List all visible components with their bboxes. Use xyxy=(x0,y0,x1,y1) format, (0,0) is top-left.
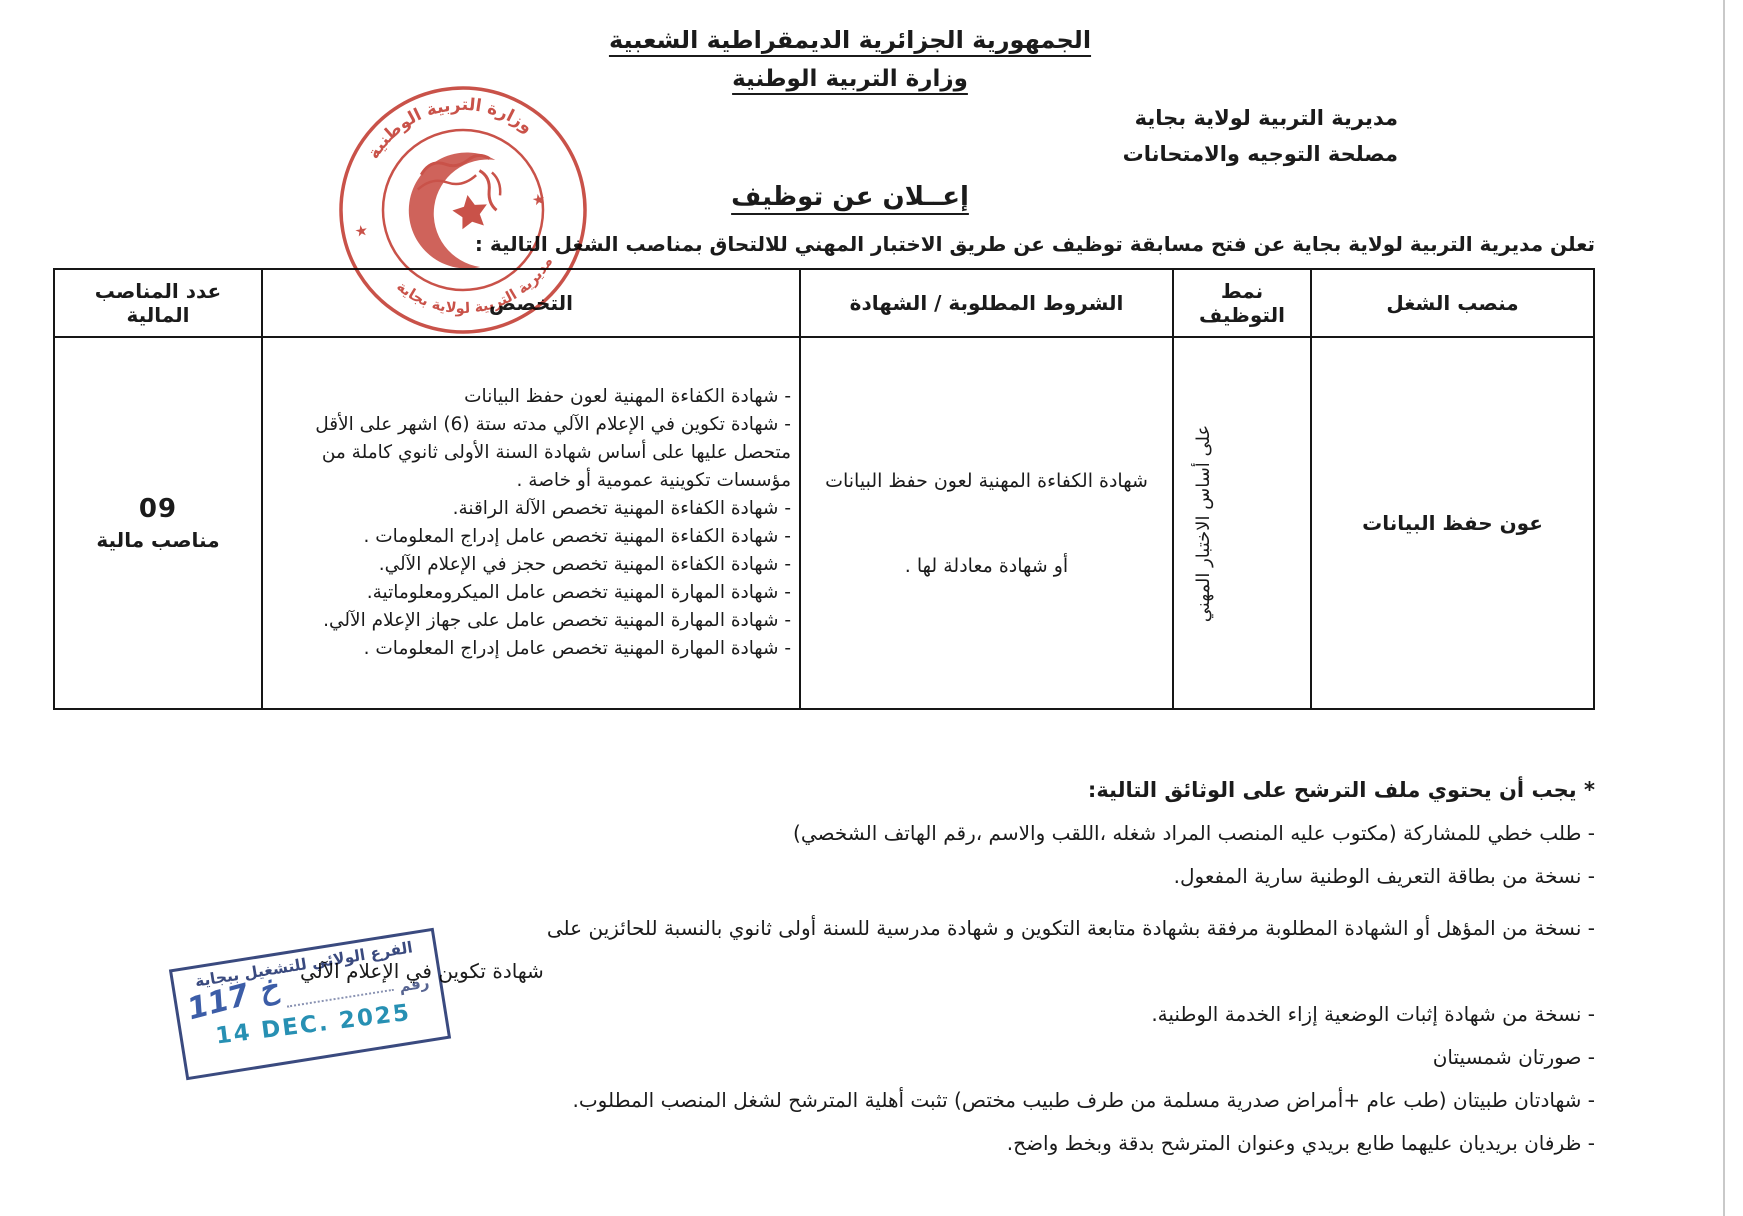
spec-item: - شهادة الكفاءة المهنية تخصص الآلة الراق… xyxy=(271,495,791,523)
svg-text:★: ★ xyxy=(353,221,369,241)
spec-item: - شهادة الكفاءة المهنية تخصص حجز في الإع… xyxy=(271,551,791,579)
scan-edge-artifact xyxy=(1723,0,1725,1216)
scanned-document-page: الجمهورية الجزائرية الديمقراطية الشعبية … xyxy=(0,0,1743,1216)
service-line: مصلحة التوجيه والامتحانات xyxy=(1123,136,1398,172)
positions-count: 09 xyxy=(63,494,253,524)
condition-alt: أو شهادة معادلة لها . xyxy=(809,551,1164,581)
document-item-continuation: شهادة تكوين في الإعلام الآلي xyxy=(300,956,1595,986)
spec-item: - شهادة المهارة المهنية تخصص عامل الميكر… xyxy=(271,579,791,607)
document-item: - طلب خطي للمشاركة (مكتوب عليه المنصب ال… xyxy=(300,818,1595,848)
header-mode: نمط التوظيف xyxy=(1173,269,1311,337)
cell-mode: على أساس الاختبار المهني xyxy=(1173,337,1311,709)
spec-item: - شهادة الكفاءة المهنية تخصص عامل إدراج … xyxy=(271,523,791,551)
positions-count-label: مناصب مالية xyxy=(63,528,253,552)
recruitment-mode-vertical-text: على أساس الاختبار المهني xyxy=(1193,424,1214,621)
office-stamp-number-label: رقم xyxy=(398,973,431,996)
spec-item: - شهادة المهارة المهنية تخصص عامل إدراج … xyxy=(271,635,791,663)
directorate-line: مديرية التربية لولاية بجاية xyxy=(1123,100,1398,136)
spec-item: - شهادة تكوين في الإعلام الآلي مدته ستة … xyxy=(271,411,791,495)
document-item: - نسخة من بطاقة التعريف الوطنية سارية ال… xyxy=(300,861,1595,891)
documents-heading: * يجب أن يحتوي ملف الترشح على الوثائق ال… xyxy=(300,778,1595,802)
star-icon xyxy=(450,192,490,230)
cell-count: 09 مناصب مالية xyxy=(54,337,262,709)
round-ministry-stamp-icon: وزارة التربية الوطنية مديرية التربية لول… xyxy=(318,78,608,348)
svg-text:مديرية التربية لولاية بجاية: مديرية التربية لولاية بجاية xyxy=(391,252,563,330)
stamp-top-arc-text: وزارة التربية الوطنية xyxy=(357,81,539,165)
spec-item: - شهادة المهارة المهنية تخصص عامل على جه… xyxy=(271,607,791,635)
document-header-right: مديرية التربية لولاية بجاية مصلحة التوجي… xyxy=(1123,100,1398,172)
svg-text:وزارة التربية الوطنية: وزارة التربية الوطنية xyxy=(357,81,539,165)
table-header-row: منصب الشغل نمط التوظيف الشروط المطلوبة /… xyxy=(54,269,1594,337)
document-item: - صورتان شمسيتان xyxy=(300,1042,1595,1072)
header-count: عدد المناصب المالية xyxy=(54,269,262,337)
condition-main: شهادة الكفاءة المهنية لعون حفظ البيانات xyxy=(809,466,1164,496)
republic-title: الجمهورية الجزائرية الديمقراطية الشعبية xyxy=(430,26,1270,54)
cell-specializations: - شهادة الكفاءة المهنية لعون حفظ البيانا… xyxy=(262,337,800,709)
header-post: منصب الشغل xyxy=(1311,269,1594,337)
document-item: - ظرفان بريديان عليهما طابع بريدي وعنوان… xyxy=(300,1128,1595,1158)
document-item: - نسخة من المؤهل أو الشهادة المطلوبة مرف… xyxy=(300,913,1595,943)
document-item: - شهادتان طبيتان (طب عام +أمراض صدرية مس… xyxy=(300,1085,1595,1115)
table-row: عون حفظ البيانات على أساس الاختبار المهن… xyxy=(54,337,1594,709)
cell-post: عون حفظ البيانات xyxy=(1311,337,1594,709)
spec-item: - شهادة الكفاءة المهنية لعون حفظ البيانا… xyxy=(271,383,791,411)
stamp-bottom-arc-text: مديرية التربية لولاية بجاية xyxy=(391,252,563,330)
jobs-table: منصب الشغل نمط التوظيف الشروط المطلوبة /… xyxy=(53,268,1595,710)
header-conditions: الشروط المطلوبة / الشهادة xyxy=(800,269,1173,337)
required-documents-section: * يجب أن يحتوي ملف الترشح على الوثائق ال… xyxy=(300,778,1595,1171)
svg-text:★: ★ xyxy=(530,190,546,210)
document-item: - نسخة من شهادة إثبات الوضعية إزاء الخدم… xyxy=(300,999,1595,1029)
